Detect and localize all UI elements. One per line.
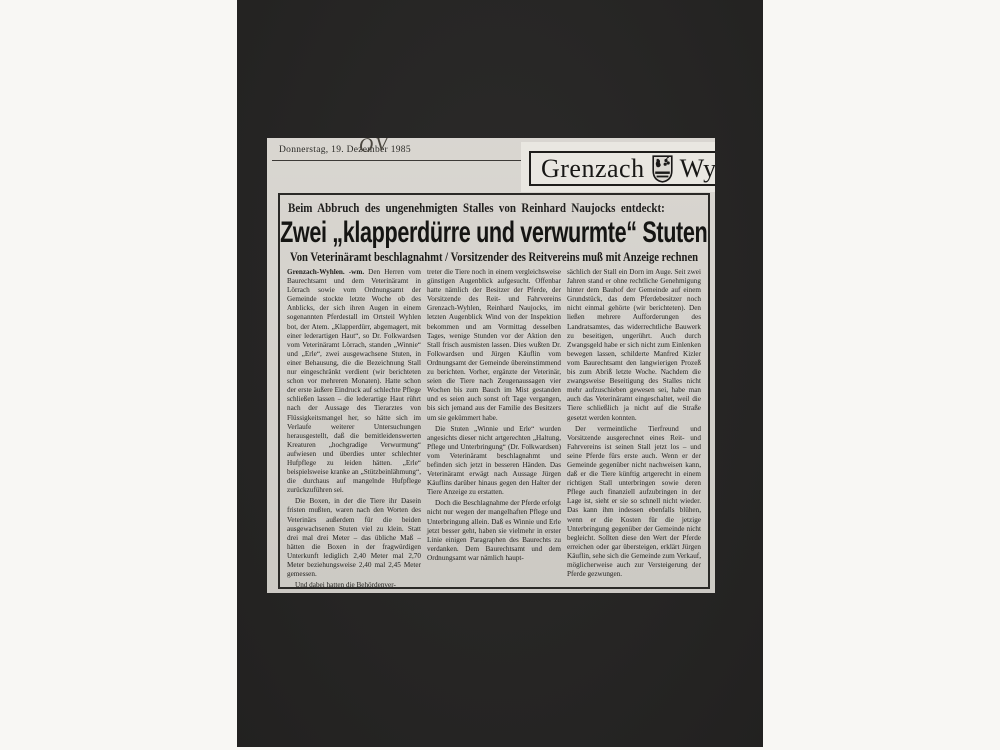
masthead-town-right: Wyhlen [680,156,715,182]
masthead-town-left: Grenzach [541,156,645,182]
article-column: sächlich der Stall ein Dorn im Auge. Sei… [567,268,701,589]
article-columns: Grenzach-Wyhlen. -wm. Den Herren vom Bau… [286,268,702,589]
article-paragraph: Und dabei hatten die Behördenver- [287,581,421,589]
newspaper-clipping: Donnerstag, 19. Dezember 1985 OV Grenzac… [267,138,715,593]
article-headline: Zwei „klapperdürre und verwurmte“ Stuten [280,218,707,248]
article-paragraph: Doch die Beschlagnahme der Pferde erfolg… [427,499,561,563]
article-frame: Beim Abbruch des ungenehmigten Stalles v… [278,193,710,589]
article-column: Grenzach-Wyhlen. -wm. Den Herren vom Bau… [287,268,421,589]
headline-row: Zwei „klapperdürre und verwurmte“ Stuten [286,218,702,248]
article-paragraph: treter die Tiere noch in einem vergleich… [427,268,561,423]
publication-date: Donnerstag, 19. Dezember 1985 [279,145,411,155]
subheadline-row: Von Veterinäramt beschlagnahmt / Vorsitz… [286,250,702,264]
kicker-row: Beim Abbruch des ungenehmigten Stalles v… [288,199,702,217]
article-paragraph: Die Boxen, in der die Tiere ihr Dasein f… [287,497,421,579]
article-paragraph: Der vermeintliche Tierfreund und Vorsitz… [567,425,701,580]
article-kicker: Beim Abbruch des ungenehmigten Stalles v… [288,201,665,216]
article-paragraph: Grenzach-Wyhlen. -wm. Den Herren vom Bau… [287,268,421,495]
article-column: treter die Tiere noch in einem vergleich… [427,268,561,589]
masthead-box: Grenzach Wyhlen [529,151,715,186]
article-paragraph: sächlich der Stall ein Dorn im Auge. Sei… [567,268,701,423]
coat-of-arms-icon [652,155,673,183]
handwritten-annotation: OV [358,138,390,158]
masthead-strip: Grenzach Wyhlen [521,142,715,192]
article-subheadline: Von Veterinäramt beschlagnahmt / Vorsitz… [290,250,698,265]
article-paragraph: Die Stuten „Winnie und Erle“ wurden ange… [427,425,561,498]
header-rule [272,160,524,161]
scanned-newspaper-page: { "colors":{ "page_bg":"#f8f7f4", "mount… [0,0,1000,750]
dateline-lead: Grenzach-Wyhlen. -wm. [287,268,368,276]
